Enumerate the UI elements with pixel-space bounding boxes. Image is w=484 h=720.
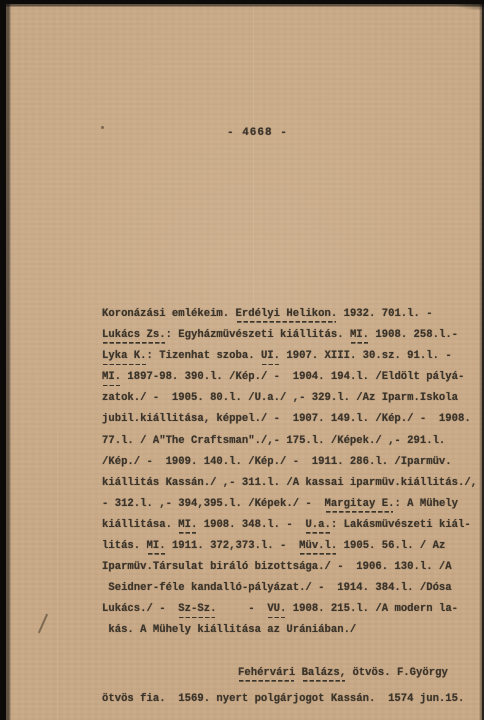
typed-line: kás. A Mühely kiállitása az Urániában./ <box>102 620 482 641</box>
scan-edge-corner <box>444 0 484 10</box>
typed-text: Seidner-féle kandalló-pályázat./ - 1914.… <box>102 582 452 594</box>
underlined-text: Balázs, <box>302 667 347 682</box>
typed-text: Koronázási emlékeim. <box>102 308 236 320</box>
typed-line: kiállitása. MI. 1908. 348.l. - U.a.: Lak… <box>102 515 482 536</box>
typed-text: ötvös fia. 1569. nyert polgárjogot Kassá… <box>102 693 464 705</box>
scan-edge-right <box>479 0 484 720</box>
typed-text: : Tizenhat szoba. <box>147 350 261 362</box>
typed-line: MI. 1897-98. 390.l. /Kép./ - 1904. 194.l… <box>102 367 482 388</box>
typed-text: kás. A Mühely kiállitása az Urániában./ <box>102 624 356 636</box>
scanned-page: - 4668 - Koronázási emlékeim. Erdélyi He… <box>0 0 484 720</box>
footer-note: Fehérvári Balázs, ötvös. F.Györgyötvös f… <box>102 661 482 712</box>
underlined-text: Lyka K. <box>102 350 147 365</box>
typed-text: 1911. 372,373.l. - <box>166 540 300 552</box>
typed-line: kiállitás Kassán./ ,- 311.l. /A kassai i… <box>102 473 482 494</box>
underlined-text: Müv.l. <box>299 540 337 555</box>
typed-line: Lukács Zs.: Egyházmüvészeti kiállitás. M… <box>102 325 482 346</box>
underlined-text: Sz-Sz. <box>178 603 216 618</box>
underlined-text: Margitay E. <box>325 498 395 513</box>
typed-text: ötvös. F.György <box>346 667 448 679</box>
typed-text: 1905. 56.l. / Az <box>337 540 445 552</box>
underlined-text: Lukács Zs. <box>102 329 166 344</box>
typed-text: jubil.kiállitása, képpel./ - 1907. 149.l… <box>102 413 471 425</box>
typed-text: - <box>216 603 267 615</box>
typed-text: litás. <box>102 540 147 552</box>
ink-speck <box>101 126 104 129</box>
typed-line: Lukács./ - Sz-Sz. - VU. 1908. 215.l. /A … <box>102 599 482 620</box>
typed-line: ötvös fia. 1569. nyert polgárjogot Kassá… <box>102 687 482 713</box>
typed-text: Iparmüv.Társulat biráló bizottsága./ - 1… <box>102 561 452 573</box>
bibliography-text: Koronázási emlékeim. Erdélyi Helikon. 19… <box>102 304 482 642</box>
typed-text: /Kép./ - 1909. 140.l. /Kép./ - 1911. 286… <box>102 456 452 468</box>
typed-line: - 312.l. ,- 394,395.l. /Képek./ - Margit… <box>102 494 482 515</box>
typed-line: /Kép./ - 1909. 140.l. /Kép./ - 1911. 286… <box>102 452 482 473</box>
underlined-text: UI. <box>261 350 280 365</box>
typed-text: : Egyházmüvészeti kiállitás. <box>166 329 350 341</box>
typed-text: 1932. 701.l. - <box>337 308 432 320</box>
typed-line: jubil.kiállitása, képpel./ - 1907. 149.l… <box>102 409 482 430</box>
typed-line: Seidner-féle kandalló-pályázat./ - 1914.… <box>102 578 482 599</box>
typed-text: : Lakásmüvészeti kiál- <box>331 519 471 531</box>
typed-text: 1908. 215.l. /A modern la- <box>286 603 458 615</box>
underlined-text: Fehérvári <box>238 667 295 682</box>
typed-text: - 312.l. ,- 394,395.l. /Képek./ - <box>102 498 325 510</box>
underlined-text: U.a. <box>305 519 330 534</box>
typed-text: Lukács./ - <box>102 603 178 615</box>
underlined-text: VU. <box>267 603 286 618</box>
scan-edge-left <box>0 0 11 720</box>
typed-line: Fehérvári Balázs, ötvös. F.György <box>238 661 482 687</box>
typed-line: litás. MI. 1911. 372,373.l. - Müv.l. 190… <box>102 536 482 557</box>
typed-line: zatok./ - 1905. 80.l. /U.a./ ,- 329.l. /… <box>102 388 482 409</box>
pencil-slash-mark <box>38 614 48 634</box>
typed-text: kiállitás Kassán./ ,- 311.l. /A kassai i… <box>102 477 477 489</box>
typed-text: zatok./ - 1905. 80.l. /U.a./ ,- 329.l. /… <box>102 392 458 404</box>
paper-crease-lower <box>56 430 59 720</box>
typed-text: 1908. 348.l. - <box>197 519 305 531</box>
underlined-text: MI. <box>147 540 166 555</box>
typed-line: Koronázási emlékeim. Erdélyi Helikon. 19… <box>102 304 482 325</box>
typed-text: kiállitása. <box>102 519 178 531</box>
page-number: - 4668 - <box>227 127 288 139</box>
paper-crease-upper <box>252 7 255 307</box>
typed-text: : A Mühely <box>394 498 458 510</box>
typed-text: 77.l. / A"The Craftsman"./,- 175.l. /Kép… <box>102 435 445 447</box>
typed-line: Iparmüv.Társulat biráló bizottsága./ - 1… <box>102 557 482 578</box>
typed-line: Lyka K.: Tizenhat szoba. UI. 1907. XIII.… <box>102 346 482 367</box>
underlined-text: Erdélyi Helikon. <box>236 308 338 323</box>
typed-text: 1908. 258.l.- <box>369 329 458 341</box>
underlined-text: MI. <box>350 329 369 344</box>
typed-text: 1907. XIII. 30.sz. 91.l. - <box>280 350 452 362</box>
underlined-text: MI. <box>178 519 197 534</box>
typed-text: 1897-98. 390.l. /Kép./ - 1904. 194.l. /E… <box>121 371 464 383</box>
underlined-text: MI. <box>102 371 121 386</box>
typed-line: 77.l. / A"The Craftsman"./,- 175.l. /Kép… <box>102 431 482 452</box>
typed-text <box>295 667 301 679</box>
scan-edge-top <box>0 0 484 7</box>
